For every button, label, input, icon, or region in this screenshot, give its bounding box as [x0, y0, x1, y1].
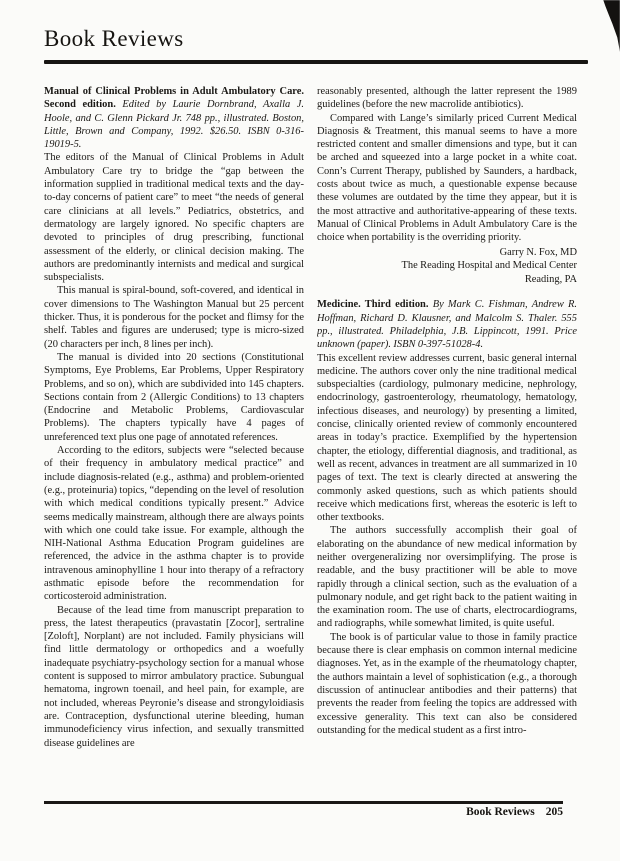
reviewer-name: Garry N. Fox, MD	[317, 246, 577, 260]
book-citation-2: Medicine. Third edition. By Mark C. Fish…	[317, 298, 577, 351]
scan-corner-artifact	[593, 0, 620, 52]
reviewer-affiliation: The Reading Hospital and Medical Center	[317, 259, 577, 273]
review-paragraph: Compared with Lange’s similarly priced C…	[317, 112, 577, 245]
book-citation-1: Manual of Clinical Problems in Adult Amb…	[44, 85, 304, 151]
review-paragraph: This manual is spiral-bound, soft-covere…	[44, 284, 304, 350]
footer-label: Book Reviews	[466, 806, 535, 818]
review-paragraph: Because of the lead time from manuscript…	[44, 604, 304, 750]
header-rule	[44, 60, 588, 64]
review-paragraph-continuation: reasonably presented, although the latte…	[317, 85, 577, 112]
page-title: Book Reviews	[44, 26, 184, 52]
left-column: Manual of Clinical Problems in Adult Amb…	[44, 85, 304, 801]
right-column: reasonably presented, although the latte…	[317, 85, 577, 801]
review-paragraph: The book is of particular value to those…	[317, 631, 577, 737]
two-column-text: Manual of Clinical Problems in Adult Amb…	[44, 85, 577, 801]
reviewer-signature: Garry N. Fox, MD The Reading Hospital an…	[317, 246, 577, 287]
reviewer-location: Reading, PA	[317, 273, 577, 287]
review-paragraph: The authors successfully accomplish thei…	[317, 524, 577, 630]
running-footer: Book Reviews205	[44, 806, 563, 818]
review-paragraph: The manual is divided into 20 sections (…	[44, 351, 304, 444]
review-paragraph: According to the editors, subjects were …	[44, 444, 304, 604]
page-number: 205	[546, 806, 563, 818]
footer-rule	[44, 801, 563, 804]
review-paragraph: The editors of the Manual of Clinical Pr…	[44, 151, 304, 284]
review-paragraph: This excellent review addresses current,…	[317, 352, 577, 525]
